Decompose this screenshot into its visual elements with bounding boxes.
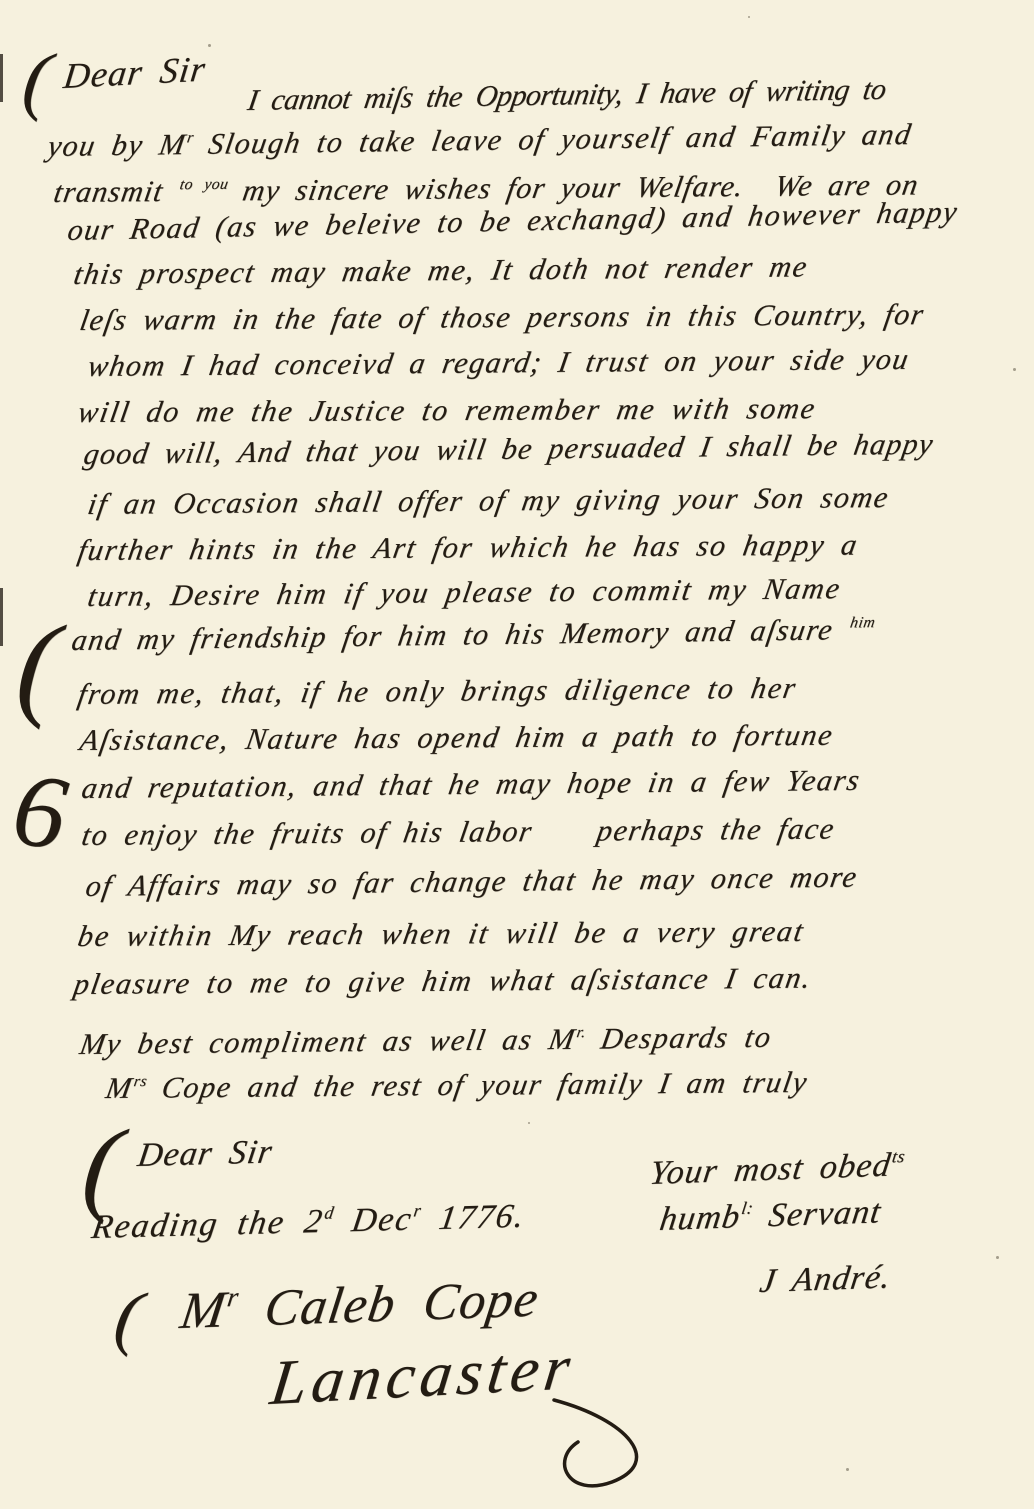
line-segment: this prospect may make me, It doth not r… [71,250,810,291]
line-segment: I cannot miſs the Opportunity, I have of… [245,73,888,117]
body-line-22: Mrs Cope and the rest of your family I a… [103,1066,810,1107]
line-segment: you by M [45,128,188,163]
paper-speck [1013,368,1016,371]
line-segment: J André. [757,1258,893,1300]
line-segment: M [103,1072,135,1105]
line-segment: My best compliment as well as M [77,1023,578,1061]
line-segment: good will, And that you will be persuade… [81,428,936,471]
line-segment: Servant [750,1193,884,1234]
body-line-10: if an Occasion shall offer of my giving … [85,481,892,522]
paper-speck [846,1468,849,1471]
body-line-17: to enjoy the fruits of his labor perhaps… [79,812,838,853]
line-segment: and my friendship for him to his Memory … [69,613,851,657]
line-segment: Dear Sir [135,1134,275,1174]
letter-page: Dear SirI cannot miſs the Opportunity, I… [0,0,1034,1509]
line-segment: of Affairs may so far change that he may… [83,861,860,903]
addressee-name: Mr Caleb Cope [177,1270,543,1342]
line-segment: whom I had conceivd a regard; I trust on… [85,343,912,383]
body-line-19: be within My reach when it will be a ver… [75,915,807,955]
body-line-16: and reputation, and that he may hope in … [79,764,863,807]
line-segment: to enjoy the fruits of his labor perhaps… [79,812,837,852]
margin-flourish-1: ( [13,605,62,726]
body-line-12: turn, Desire him if you please to commit… [85,572,844,614]
body-line-15: Aſsistance, Nature has opend him a path … [77,719,836,759]
line-segment: Despards to [582,1021,774,1056]
addressee-place: Lancaster [267,1330,579,1419]
body-line-7: whom I had conceivd a regard; I trust on… [85,343,912,385]
body-line-21: My best compliment as well as Mr. Despar… [77,1021,774,1063]
line-segment: from me, that, if he only brings diligen… [75,672,799,711]
body-line-1: I cannot miſs the Opportunity, I have of… [245,73,888,119]
lancaster-swash-flourish [548,1386,728,1506]
paper-speck [208,44,211,47]
line-segment: M [177,1281,230,1340]
line-segment: Dec [330,1201,415,1240]
closing-flourish: ( [78,1110,125,1221]
body-line-9: good will, And that you will be persuade… [81,428,936,473]
line-segment: leſs warm in the fate of those persons i… [77,298,927,337]
superscript-text: to you [178,176,229,193]
line-segment: Dear Sir [61,49,208,96]
line-segment: Aſsistance, Nature has opend him a path … [77,719,836,757]
margin-flourish-2: 6 [7,757,73,867]
line-segment: will do me the Justice to remember me wi… [75,392,819,429]
line-segment: and reputation, and that he may hope in … [79,764,863,805]
body-line-11: further hints in the Art for which he ha… [75,529,861,569]
paper-speck [528,1122,530,1124]
line-segment: Reading the 2 [89,1203,326,1246]
line-segment: 1776. [417,1198,528,1238]
line-segment: if an Occasion shall offer of my giving … [85,481,891,521]
body-line-20: pleasure to me to give him what aſsistan… [71,962,815,1003]
body-line-18: of Affairs may so far change that he may… [83,861,860,905]
line-segment: be within My reach when it will be a ver… [75,915,807,953]
line-segment: further hints in the Art for which he ha… [75,529,861,567]
line-segment: transmit [51,175,181,209]
line-segment: humb [657,1198,743,1238]
line-segment: turn, Desire him if you please to commit… [85,572,843,613]
line-segment: Your most obed [647,1147,893,1192]
line-segment: Cope and the rest of your family I am tr… [143,1066,810,1105]
body-line-13: and my friendship for him to his Memory … [69,613,877,659]
signature: J André. [757,1257,894,1301]
superscript-text: him [849,614,877,631]
line-segment: pleasure to me to give him what aſsistan… [71,962,814,1001]
body-line-5: this prospect may make me, It doth not r… [71,250,810,292]
paper-speck [748,16,750,18]
line-segment: Slough to take leave of yourself and Fam… [190,118,914,161]
body-line-6: leſs warm in the fate of those persons i… [77,298,927,338]
scan-edge-artifact [0,588,3,646]
superscript-text: ts [891,1146,907,1166]
valediction-line-1: Your most obedts [647,1145,906,1193]
line-segment: Lancaster [267,1331,579,1418]
closing-salutation: Dear Sir [135,1133,275,1176]
dateline: Reading the 2d Decr 1776. [89,1197,528,1247]
valediction-line-2: humbl: Servant [657,1192,884,1239]
body-line-8: will do me the Justice to remember me wi… [75,392,819,430]
body-line-14: from me, that, if he only brings diligen… [75,672,799,713]
paper-speck [996,1256,999,1259]
body-line-2: you by Mr Slough to take leave of yourse… [45,118,914,165]
scan-edge-artifact [0,54,3,102]
addressee-flourish: ( [110,1279,146,1356]
salutation: Dear Sir [61,49,208,98]
line-segment: Caleb Cope [233,1271,543,1338]
opening-flourish: ( [19,39,54,120]
